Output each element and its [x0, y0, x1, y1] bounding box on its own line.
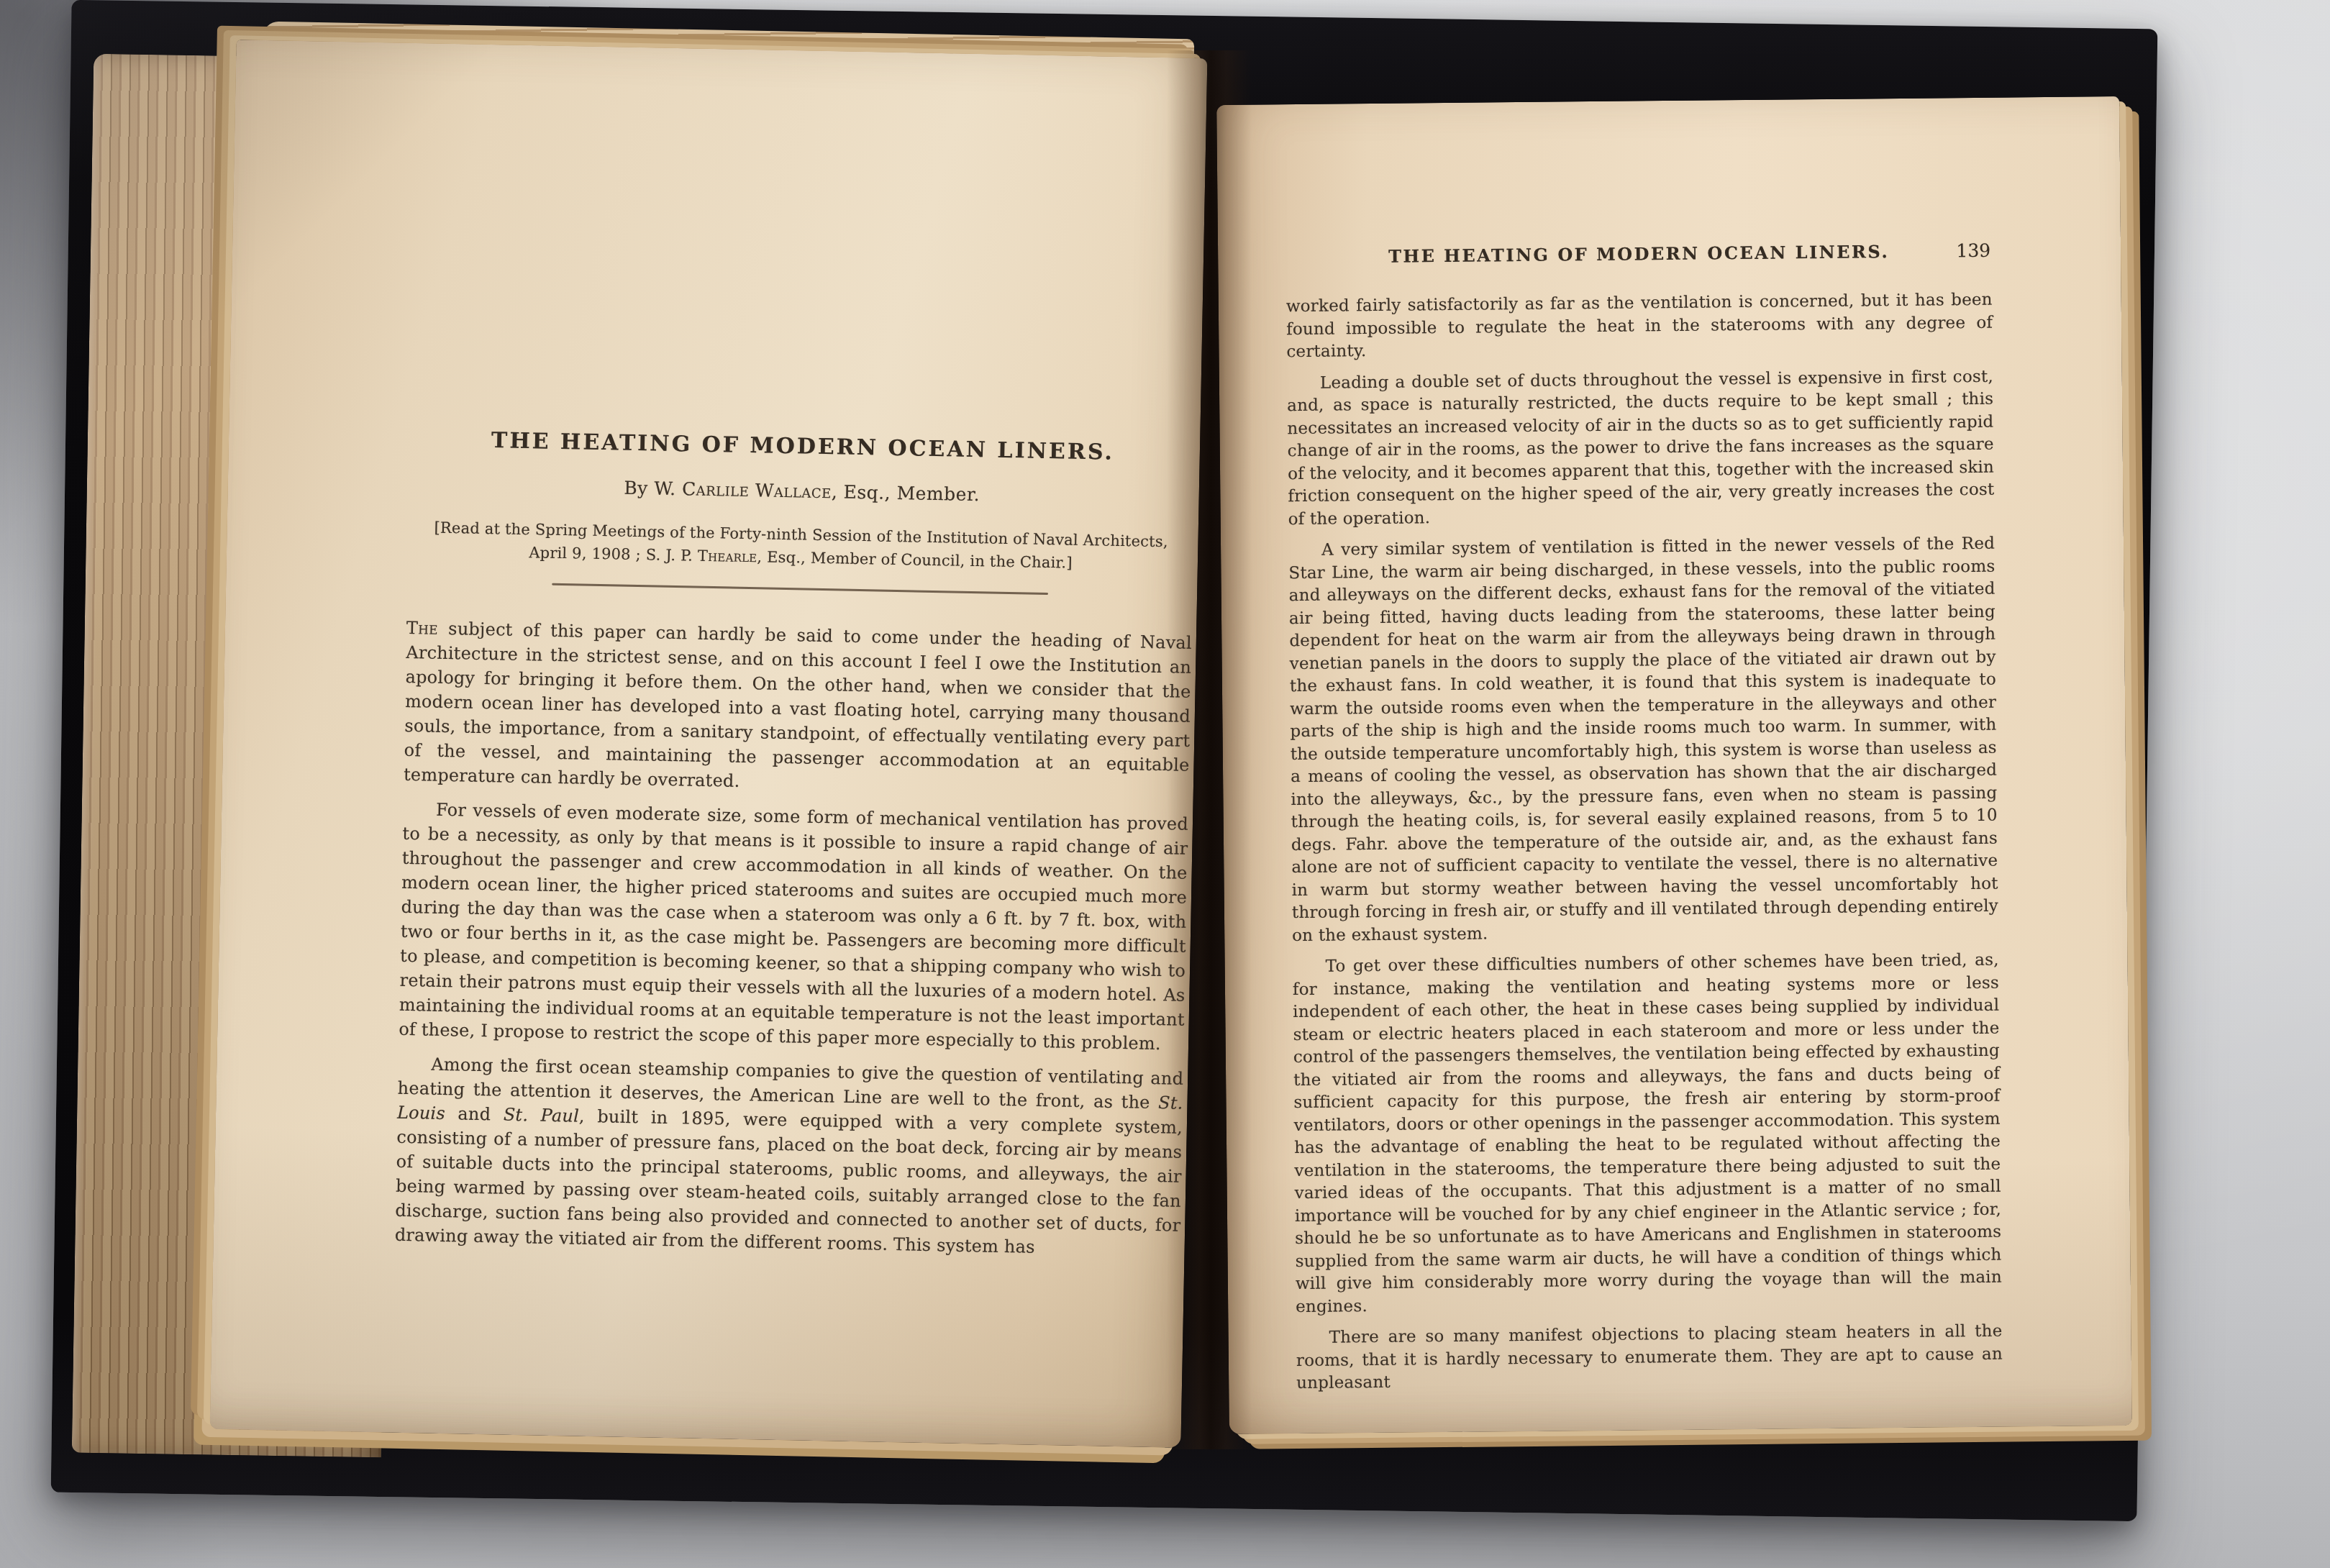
right-page-body: worked fairly satisfactorily as far as t…	[1286, 289, 2003, 1395]
page-number: 139	[1956, 240, 1990, 261]
paper-title: THE HEATING OF MODERN OCEAN LINERS.	[410, 427, 1196, 467]
left-page-content: THE HEATING OF MODERN OCEAN LINERS. By W…	[394, 427, 1196, 1272]
paragraph: There are so many manifest objections to…	[1296, 1321, 2003, 1395]
running-header: THE HEATING OF MODERN OCEAN LINERS.	[1285, 240, 1992, 268]
paragraph: A very similar system of ventilation is …	[1288, 533, 1998, 947]
paragraph: The subject of this paper can hardly be …	[404, 616, 1192, 802]
title-rule	[552, 583, 1048, 595]
paragraph: Leading a double set of ducts throughout…	[1287, 365, 1995, 531]
right-page: THE HEATING OF MODERN OCEAN LINERS. 139 …	[1216, 96, 2132, 1434]
left-page-body: The subject of this paper can hardly be …	[394, 616, 1192, 1262]
paragraph: worked fairly satisfactorily as far as t…	[1286, 289, 1993, 364]
paragraph: Among the first ocean steamship companie…	[394, 1052, 1183, 1262]
gutter-shadow	[1167, 50, 1252, 1449]
paragraph: For vessels of even moderate size, some …	[399, 797, 1188, 1057]
running-head: THE HEATING OF MODERN OCEAN LINERS. 139	[1285, 240, 1992, 277]
paragraph: To get over these difficulties numbers o…	[1293, 949, 2003, 1318]
right-page-content: THE HEATING OF MODERN OCEAN LINERS. 139 …	[1285, 240, 2003, 1404]
byline: By W. Carlile Wallace, Esq., Member.	[409, 473, 1195, 509]
left-page: THE HEATING OF MODERN OCEAN LINERS. By W…	[210, 40, 1208, 1448]
photo-background: THE HEATING OF MODERN OCEAN LINERS. By W…	[0, 0, 2330, 1568]
